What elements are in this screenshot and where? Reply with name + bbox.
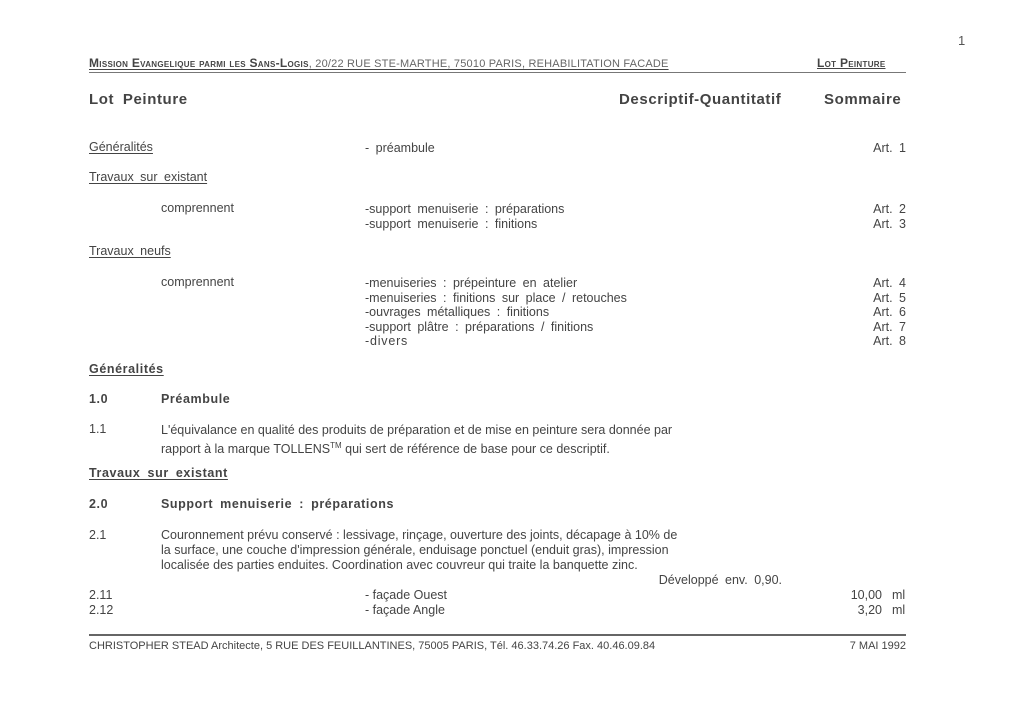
summary-item: -ouvrages métalliques : finitions	[365, 305, 627, 320]
quantity-value: 3,20	[800, 603, 882, 618]
quantity-item-number: 2.12	[89, 603, 113, 618]
summary-ref-list-existant: Art. 2 Art. 3	[840, 202, 906, 231]
summary-article-ref: Art. 8	[840, 334, 906, 349]
summary-item: -menuiseries : prépeinture en atelier	[365, 276, 627, 291]
page-number: 1	[958, 33, 965, 48]
paragraph-text-fragment: rapport à la marque TOLLENS	[161, 442, 330, 456]
quantity-value: 10,00	[800, 588, 882, 603]
trademark-superscript: TM	[330, 441, 342, 450]
section-heading-travaux-existant: Travaux sur existant	[89, 466, 228, 480]
article-number: 1.0	[89, 392, 108, 406]
summary-item: - préambule	[365, 141, 435, 155]
quantity-unit: ml	[892, 603, 905, 618]
summary-intro: comprennent	[161, 201, 234, 215]
paragraph-text-fragment: qui sert de référence de base pour ce de…	[342, 442, 610, 456]
header-organization: Mission Evangelique parmi les Sans-Logis	[89, 56, 309, 70]
quantity-labels: - façade Ouest - façade Angle	[365, 588, 447, 618]
summary-heading-generalites: Généralités	[89, 140, 153, 154]
summary-article-ref: Art. 2	[840, 202, 906, 217]
quantity-item-number: 2.11	[89, 588, 113, 603]
summary-article-ref: Art. 6	[840, 305, 906, 320]
document-title-section: Sommaire	[824, 91, 901, 108]
paragraph-line: Couronnement prévu conservé : lessivage,…	[161, 528, 677, 543]
document-title-lot: Lot Peinture	[89, 91, 188, 108]
footer-architect: CHRISTOPHER STEAD Architecte, 5 RUE DES …	[89, 640, 655, 652]
paragraph-line: rapport à la marque TOLLENSTM qui sert d…	[161, 438, 672, 457]
article-title: Support menuiserie : préparations	[161, 497, 394, 511]
paragraph-line: L'équivalance en qualité des produits de…	[161, 422, 672, 438]
section-heading-generalites: Généralités	[89, 362, 164, 376]
summary-article-ref: Art. 3	[840, 217, 906, 232]
summary-ref-list-neufs: Art. 4 Art. 5 Art. 6 Art. 7 Art. 8	[840, 276, 906, 349]
paragraph-text: L'équivalance en qualité des produits de…	[161, 422, 672, 457]
article-title: Préambule	[161, 392, 230, 406]
summary-heading-travaux-existant: Travaux sur existant	[89, 170, 207, 184]
summary-article-ref: Art. 1	[840, 141, 906, 155]
running-header-project: Mission Evangelique parmi les Sans-Logis…	[89, 56, 669, 70]
paragraph-number: 2.1	[89, 528, 106, 542]
summary-item: -divers	[365, 334, 627, 349]
header-rule	[89, 72, 906, 73]
quantity-values: 10,00 3,20	[800, 588, 882, 618]
summary-item: -support plâtre : préparations / finitio…	[365, 320, 627, 335]
footer-rule	[89, 634, 906, 636]
quantity-item-label: - façade Angle	[365, 603, 447, 618]
running-header-lot: Lot Peinture	[817, 56, 886, 70]
quantity-numbers: 2.11 2.12	[89, 588, 113, 618]
paragraph-number: 1.1	[89, 422, 106, 436]
summary-intro: comprennent	[161, 275, 234, 289]
summary-item: -support menuiserie : préparations	[365, 202, 564, 217]
paragraph-text: Couronnement prévu conservé : lessivage,…	[161, 528, 677, 573]
summary-article-ref: Art. 4	[840, 276, 906, 291]
summary-heading-travaux-neufs: Travaux neufs	[89, 244, 171, 258]
quantity-unit: ml	[892, 588, 905, 603]
summary-article-ref: Art. 5	[840, 291, 906, 306]
summary-article-ref: Art. 7	[840, 320, 906, 335]
footer-date: 7 MAI 1992	[800, 640, 906, 652]
quantity-units: ml ml	[892, 588, 905, 618]
summary-item-list-neufs: -menuiseries : prépeinture en atelier -m…	[365, 276, 627, 349]
header-address: , 20/22 RUE STE-MARTHE, 75010 PARIS, REH…	[309, 58, 669, 70]
paragraph-line: la surface, une couche d'impression géné…	[161, 543, 677, 558]
paragraph-line: localisée des parties enduites. Coordina…	[161, 558, 677, 573]
summary-item-list-existant: -support menuiserie : préparations -supp…	[365, 202, 564, 231]
article-number: 2.0	[89, 497, 108, 511]
document-title-type: Descriptif-Quantitatif	[619, 91, 781, 108]
quantity-item-label: - façade Ouest	[365, 588, 447, 603]
summary-item: -support menuiserie : finitions	[365, 217, 564, 232]
summary-item: -menuiseries : finitions sur place / ret…	[365, 291, 627, 306]
developpe-note: Développé env. 0,90.	[600, 573, 782, 587]
